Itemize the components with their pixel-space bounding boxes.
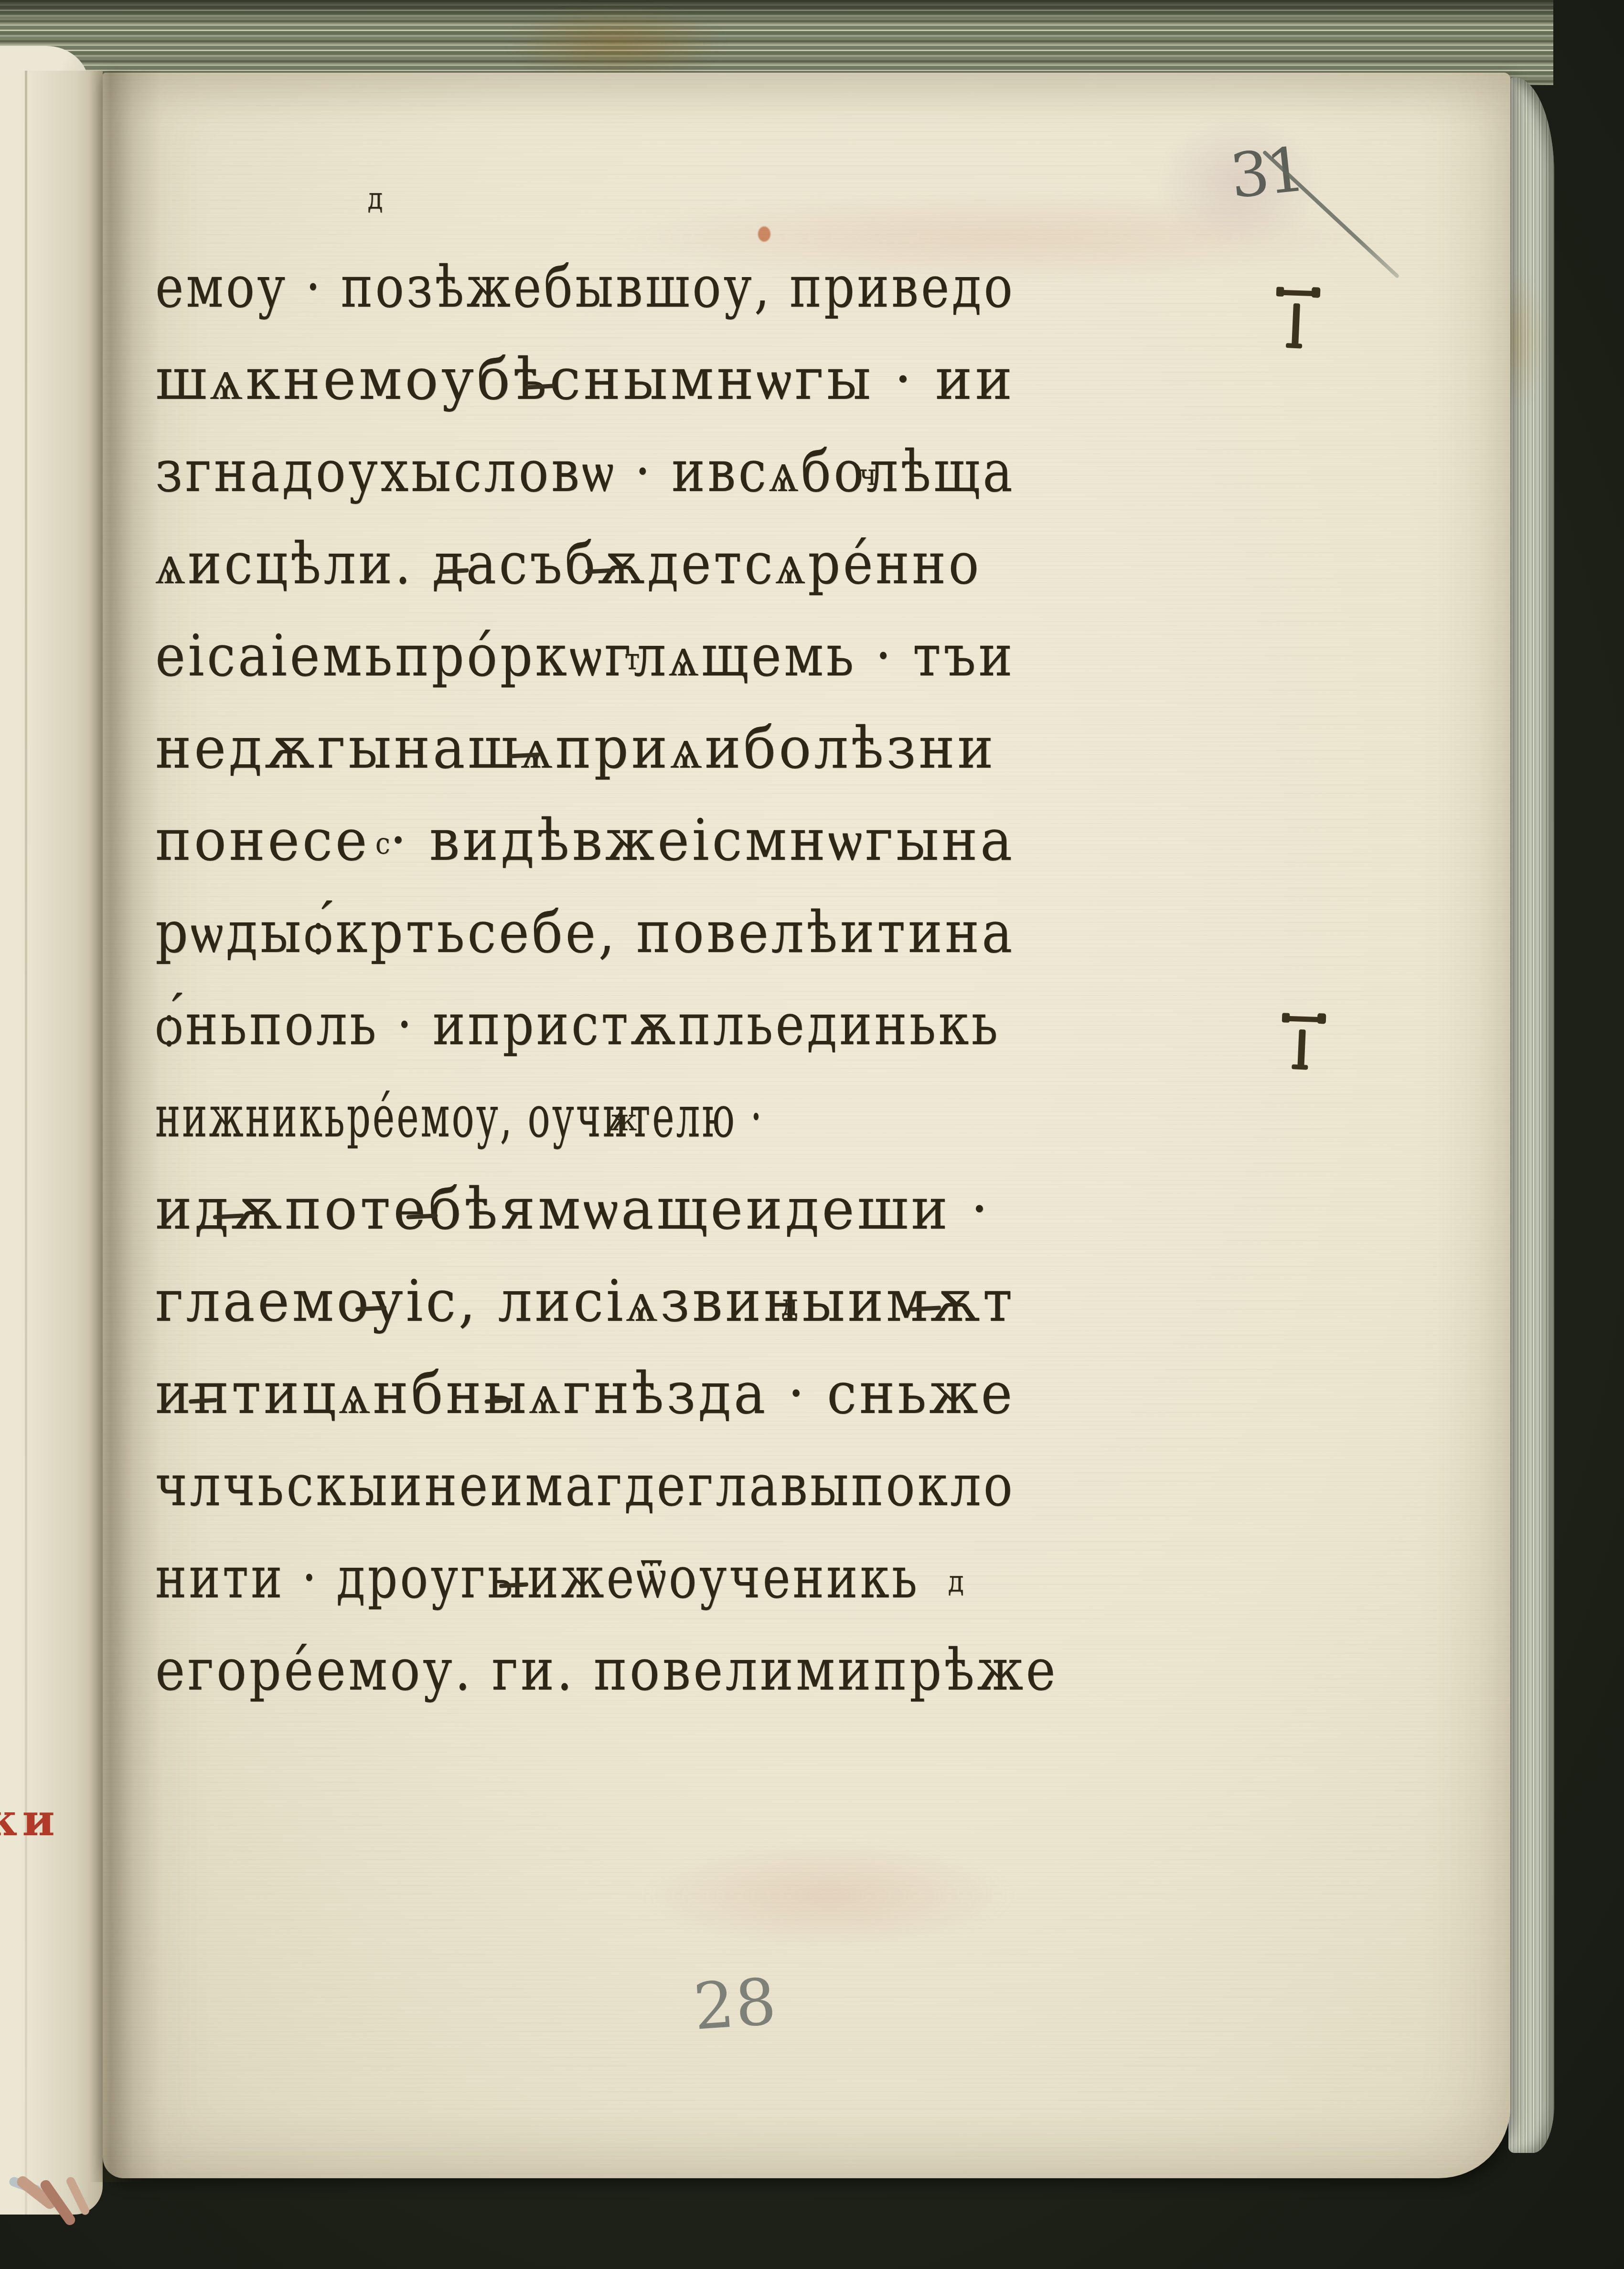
manuscript-line-text: идѫпотебѣямѡащеидеши ·ж bbox=[155, 1163, 991, 1255]
manuscript-line-text: шѧкнемоубѣснымнѡгы · ии bbox=[155, 333, 1015, 426]
manuscript-line-text: рѡдыѻ́кртьсебе, повелѣитинас bbox=[155, 887, 1015, 979]
stain bbox=[506, 5, 726, 81]
superscript-letter: т bbox=[624, 645, 642, 674]
manuscript-line-text: егоре́емоу. ги. повелимипрѣжед bbox=[155, 1624, 1058, 1716]
manuscript-text-block: емоу · позѣжебывшоу, приведодшѧкнемоубѣс… bbox=[155, 241, 1015, 1716]
manuscript-line: члчьскыинеимагдеглавыпокло bbox=[155, 1440, 883, 1532]
manuscript-line-text: згнадоухысловѡ · ивсѧболѣща bbox=[155, 426, 1015, 518]
manuscript-line: егоре́емоу. ги. повелимипрѣжед bbox=[155, 1624, 909, 1716]
margin-numeral bbox=[1278, 290, 1319, 347]
superscript-letter: д bbox=[781, 1290, 801, 1319]
manuscript-line: ѧисцѣли. дасъбѫдетсѧре́нноч bbox=[155, 518, 918, 610]
manuscript-line-text: глаемоуіс, лисіѧзвиныимѫт bbox=[155, 1255, 1015, 1348]
superscript-letter: с bbox=[375, 829, 393, 858]
manuscript-line-text: ѻ́ньполь · ипристѫпльединькь bbox=[155, 979, 1000, 1071]
manuscript-line: идѫпотебѣямѡащеидеши ·ж bbox=[155, 1163, 981, 1255]
manuscript-line: нити · дроугыижеѿоученикь bbox=[155, 1532, 859, 1624]
manuscript-line: рѡдыѻ́кртьсебе, повелѣитинас bbox=[155, 887, 927, 979]
manuscript-line: емоу · позѣжебывшоу, приведод bbox=[155, 241, 876, 333]
margin-numeral bbox=[1284, 1017, 1325, 1069]
manuscript-line-text: нити · дроугыижеѿоученикь bbox=[155, 1532, 919, 1624]
manuscript-line: еісаіемьпро́ркѡглѧщемь · тъи bbox=[155, 610, 920, 702]
numeral-stem bbox=[1292, 303, 1300, 348]
titlo-bar bbox=[1278, 290, 1319, 297]
page-number-pencil: 28 bbox=[691, 1964, 780, 2044]
bleed-through-smudge bbox=[642, 1840, 1015, 1950]
manuscript-line-text: иптицѧнбныѧгнѣзда · сньжед bbox=[155, 1348, 1015, 1440]
manuscript-line-text: нижникьре́емоу, оучителю · bbox=[155, 1071, 764, 1163]
manuscript-line: глаемоуіс, лисіѧзвиныимѫт bbox=[155, 1255, 961, 1348]
ink-speck bbox=[758, 226, 770, 242]
superscript-letter: ж bbox=[611, 1106, 640, 1134]
manuscript-line-text: члчьскыинеимагдеглавыпокло bbox=[155, 1440, 1015, 1532]
manuscript-line: недѫгынашѧприѧиболѣзнит bbox=[155, 702, 967, 794]
superscript-letter: д bbox=[948, 1567, 966, 1595]
manuscript-line: шѧкнемоубѣснымнѡгы · ии bbox=[155, 333, 991, 426]
manuscript-line: згнадоухысловѡ · ивсѧболѣща bbox=[155, 426, 908, 518]
manuscript-line-text: ѧисцѣли. дасъбѫдетсѧре́нноч bbox=[155, 518, 982, 610]
manuscript-line: ѻ́ньполь · ипристѫпльединькь bbox=[155, 979, 888, 1071]
manuscript-photo: ки емоу · позѣжебывшоу, приведодшѧкнемоу… bbox=[0, 0, 1624, 2269]
manuscript-line-text: еісаіемьпро́ркѡглѧщемь · тъи bbox=[155, 610, 1015, 702]
titlo-bar bbox=[1284, 1016, 1325, 1023]
manuscript-line-text: недѫгынашѧприѧиболѣзнит bbox=[155, 702, 996, 794]
folio-number-pencil: 31 bbox=[1227, 134, 1306, 213]
manuscript-line-text: емоу · позѣжебывшоу, приведод bbox=[155, 241, 1015, 333]
numeral-stem bbox=[1297, 1029, 1306, 1069]
red-rubric-letters: ки bbox=[0, 1794, 60, 1846]
page-fold-crease bbox=[25, 71, 27, 2215]
manuscript-line: иптицѧнбныѧгнѣзда · сньжед bbox=[155, 1348, 954, 1440]
manuscript-line-text: понесе · видѣвжеісмнѡгына bbox=[155, 794, 1015, 887]
superscript-letter: д bbox=[368, 184, 385, 213]
manuscript-line: понесе · видѣвжеісмнѡгына bbox=[155, 794, 964, 887]
superscript-letter: ч bbox=[859, 460, 879, 489]
facing-page-sliver: ки bbox=[0, 71, 103, 2215]
